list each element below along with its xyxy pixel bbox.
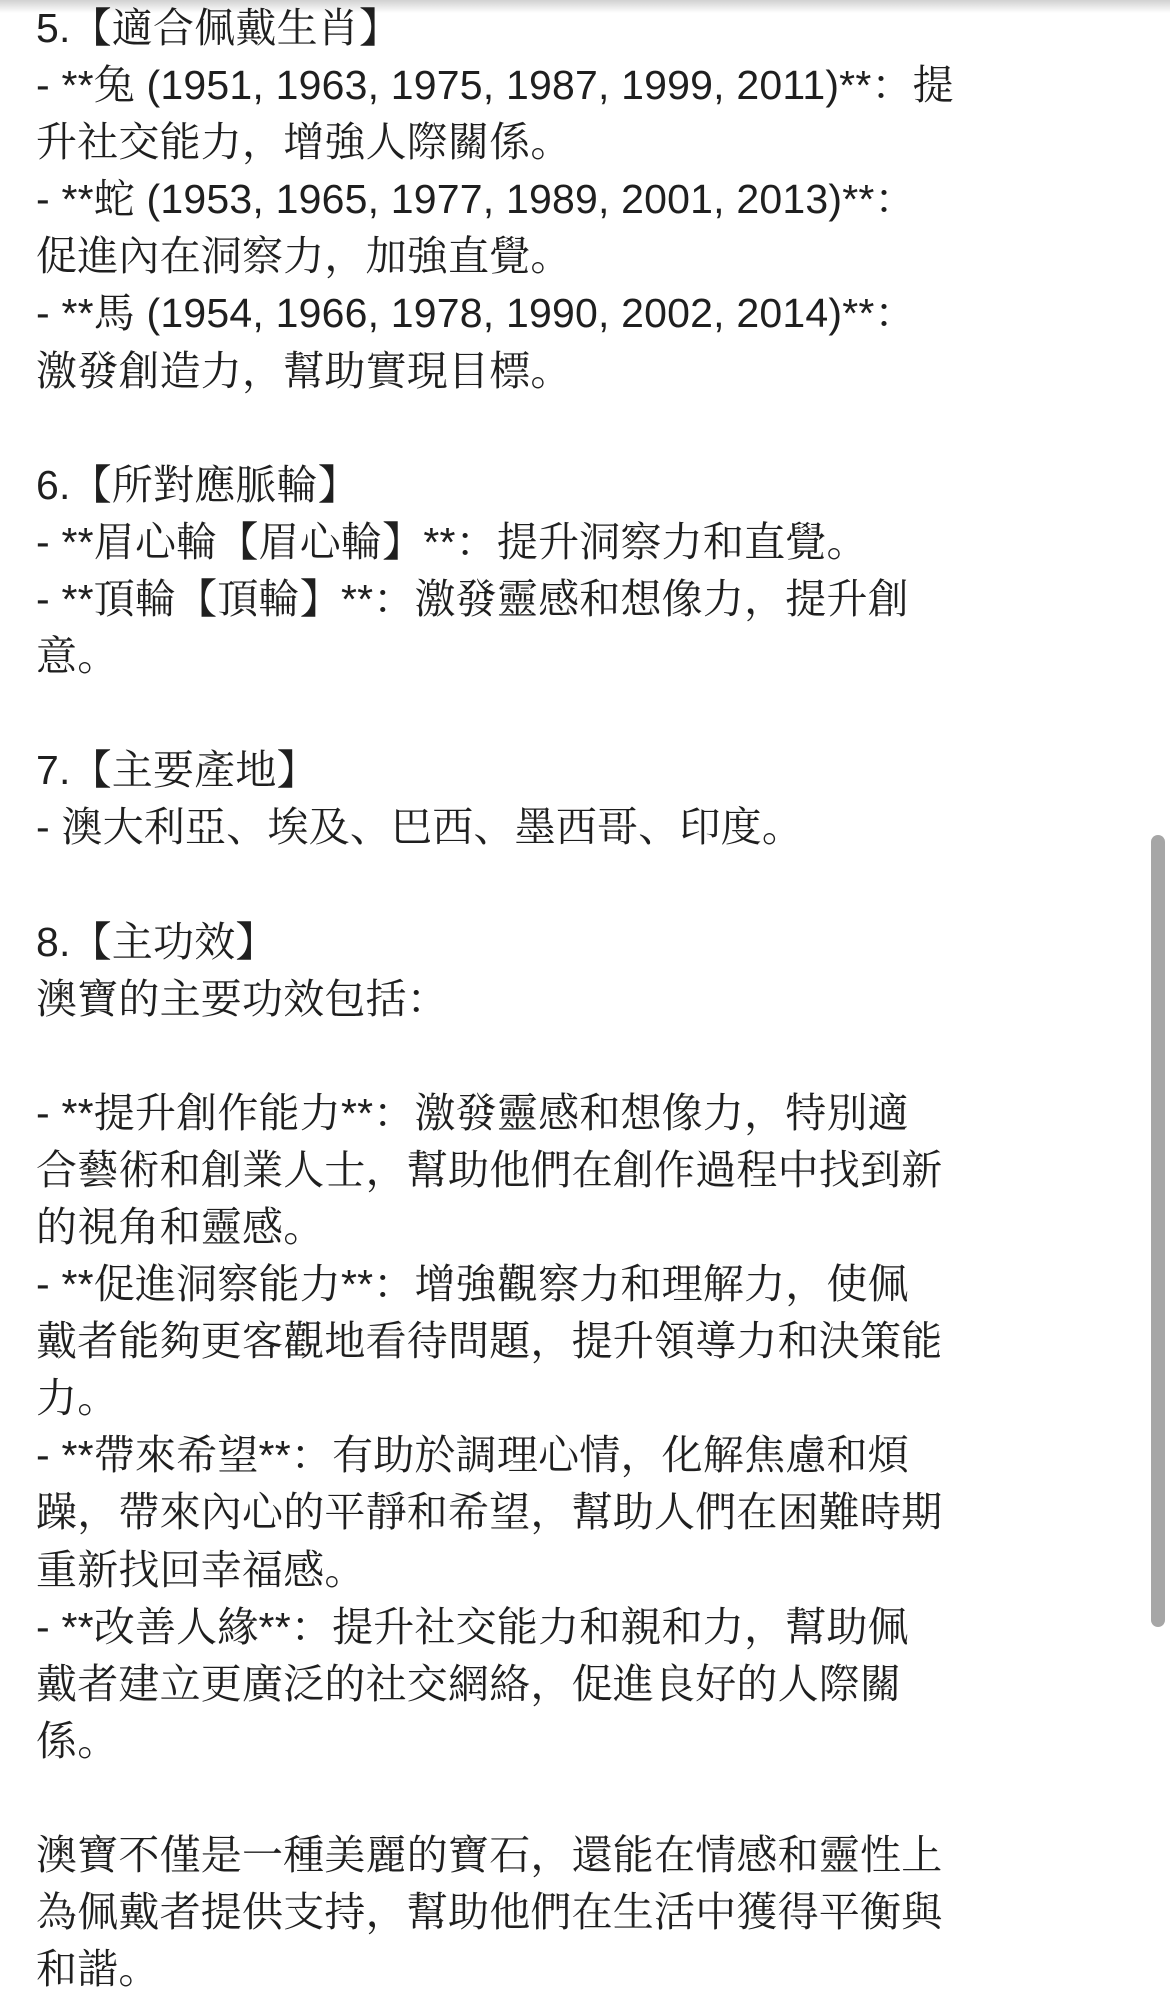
text-line: 重新找回幸福感。 xyxy=(36,1542,1136,1599)
section-6-corresponding-chakras: 6.【所對應脈輪】- **眉心輪【眉心輪】**：提升洞察力和直覺。- **頂輪【… xyxy=(36,457,1136,685)
text-line: 為佩戴者提供支持，幫助他們在生活中獲得平衡與 xyxy=(36,1884,1136,1941)
text-line: 力。 xyxy=(36,1370,1136,1427)
text-line: 5.【適合佩戴生肖】 xyxy=(36,0,1136,57)
text-line: 激發創造力，幫助實現目標。 xyxy=(36,343,1136,400)
text-line: 意。 xyxy=(36,628,1136,685)
text-line: 升社交能力，增強人際關係。 xyxy=(36,114,1136,171)
text-line: 澳寶不僅是一種美麗的寶石，還能在情感和靈性上 xyxy=(36,1827,1136,1884)
text-line: - **促進洞察能力**：增強觀察力和理解力，使佩 xyxy=(36,1256,1136,1313)
text-line: 7.【主要產地】 xyxy=(36,742,1136,799)
vertical-scrollbar-thumb[interactable] xyxy=(1151,835,1165,1627)
text-line: 戴者能夠更客觀地看待問題，提升領導力和決策能 xyxy=(36,1313,1136,1370)
text-line: 躁，帶來內心的平靜和希望，幫助人們在困難時期 xyxy=(36,1484,1136,1541)
text-line: - **蛇 (1953, 1965, 1977, 1989, 2001, 201… xyxy=(36,171,1136,228)
section-8-effects-list: - **提升創作能力**：激發靈感和想像力，特別適合藝術和創業人士，幫助他們在創… xyxy=(36,1085,1136,1770)
text-line: - **改善人緣**：提升社交能力和親和力，幫助佩 xyxy=(36,1599,1136,1656)
text-line: - **馬 (1954, 1966, 1978, 1990, 2002, 201… xyxy=(36,285,1136,342)
text-line: - **眉心輪【眉心輪】**：提升洞察力和直覺。 xyxy=(36,514,1136,571)
text-line: - **帶來希望**：有助於調理心情，化解焦慮和煩 xyxy=(36,1427,1136,1484)
text-line: - 澳大利亞、埃及、巴西、墨西哥、印度。 xyxy=(36,799,1136,856)
text-line: 促進內在洞察力，加強直覺。 xyxy=(36,228,1136,285)
text-line: 和諧。 xyxy=(36,1941,1136,1994)
text-line: 8.【主功效】 xyxy=(36,914,1136,971)
section-5-suitable-zodiac: 5.【適合佩戴生肖】- **兔 (1951, 1963, 1975, 1987,… xyxy=(36,0,1136,400)
text-line: - **頂輪【頂輪】**：激發靈感和想像力，提升創 xyxy=(36,571,1136,628)
text-line: 澳寶的主要功效包括： xyxy=(36,971,1136,1028)
text-line: 合藝術和創業人士，幫助他們在創作過程中找到新 xyxy=(36,1142,1136,1199)
text-line: - **提升創作能力**：激發靈感和想像力，特別適 xyxy=(36,1085,1136,1142)
text-line: - **兔 (1951, 1963, 1975, 1987, 1999, 201… xyxy=(36,57,1136,114)
text-line: 6.【所對應脈輪】 xyxy=(36,457,1136,514)
section-8-main-effects-intro: 8.【主功效】澳寶的主要功效包括： xyxy=(36,914,1136,1028)
document-text: 5.【適合佩戴生肖】- **兔 (1951, 1963, 1975, 1987,… xyxy=(36,0,1136,1994)
section-7-main-origins: 7.【主要產地】- 澳大利亞、埃及、巴西、墨西哥、印度。 xyxy=(36,742,1136,856)
document-viewport: 5.【適合佩戴生肖】- **兔 (1951, 1963, 1975, 1987,… xyxy=(0,0,1170,1994)
text-line: 的視角和靈感。 xyxy=(36,1199,1136,1256)
text-line: 戴者建立更廣泛的社交網絡，促進良好的人際關 xyxy=(36,1656,1136,1713)
closing-paragraph: 澳寶不僅是一種美麗的寶石，還能在情感和靈性上為佩戴者提供支持，幫助他們在生活中獲… xyxy=(36,1827,1136,1994)
text-line: 係。 xyxy=(36,1713,1136,1770)
